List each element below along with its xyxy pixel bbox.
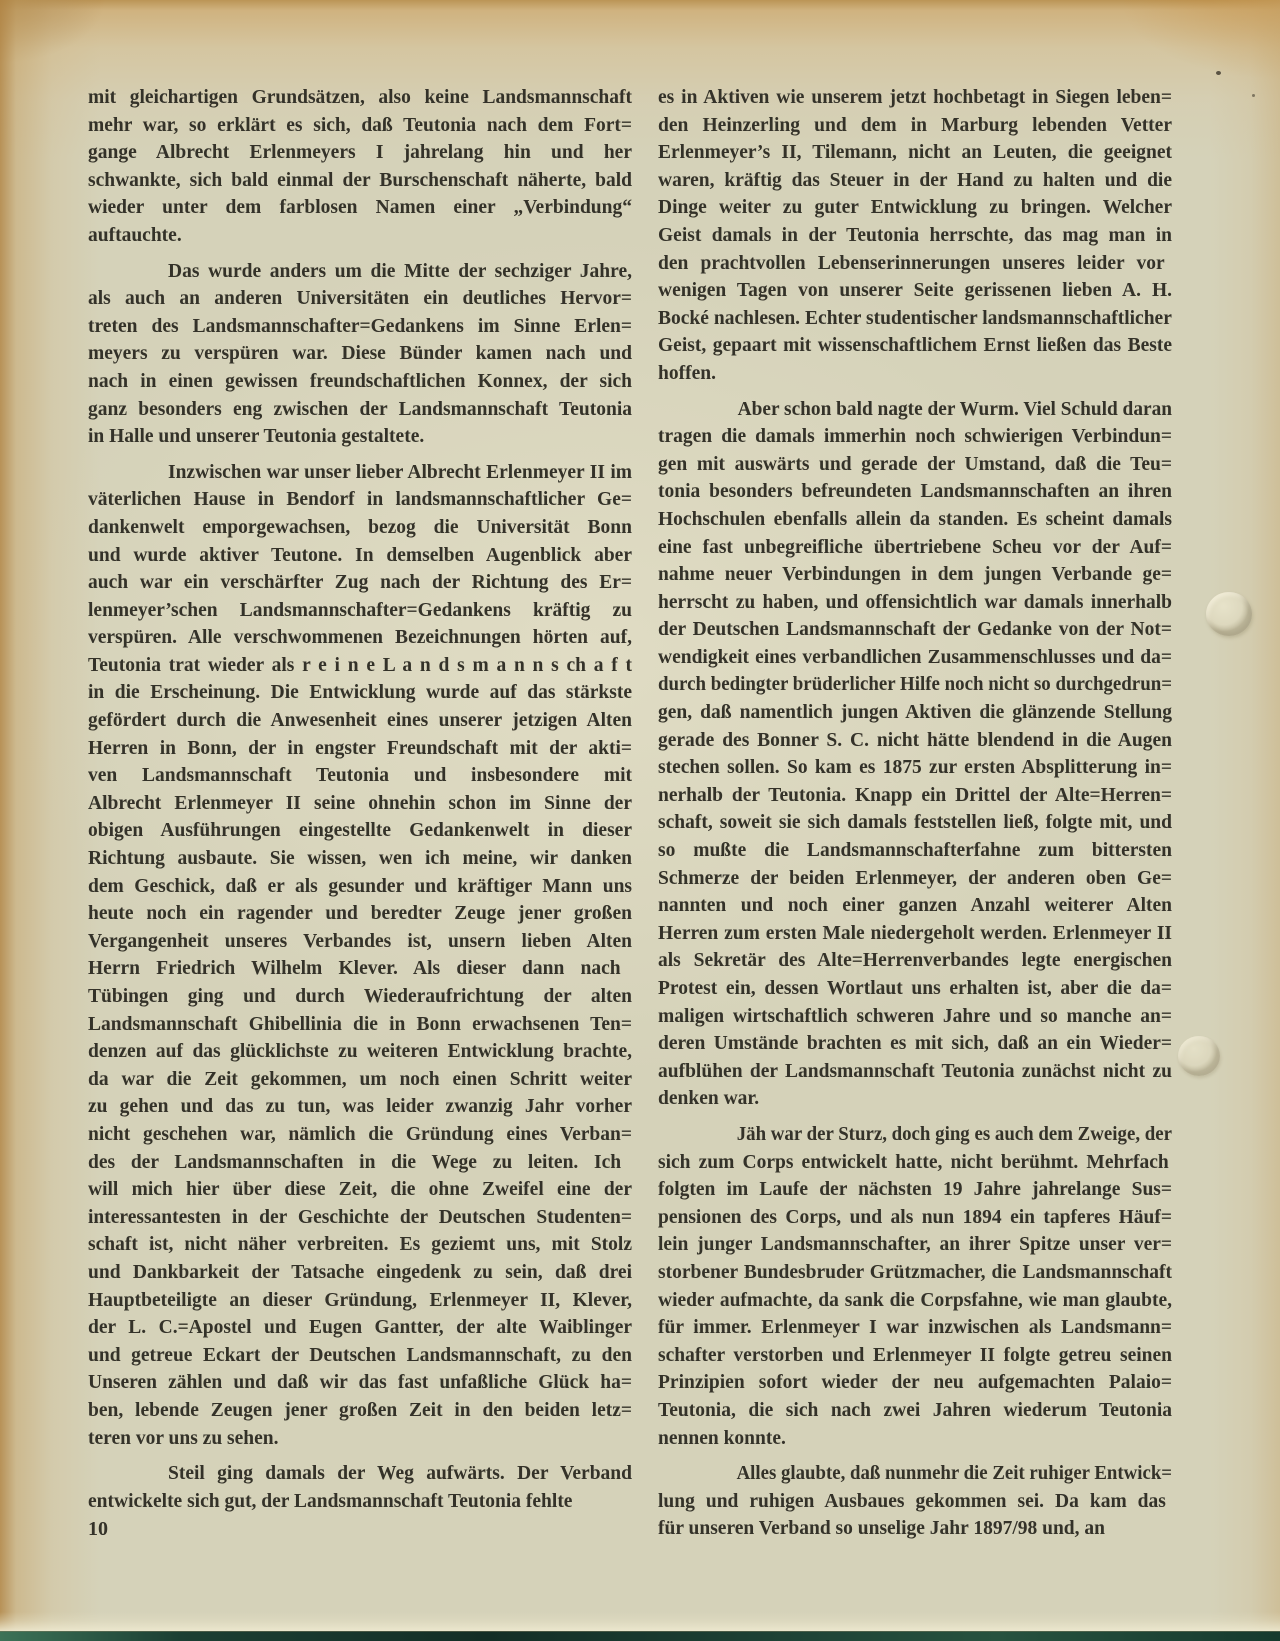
text-line: als Sekretär des Alte=Herrenverbandes le… <box>658 947 1172 975</box>
text-line: nannten und noch einer ganzen Anzahl wei… <box>658 892 1172 920</box>
page-number: 10 <box>88 1518 108 1541</box>
text-column-left: mit gleichartigen Grundsätzen, also kein… <box>88 84 632 1523</box>
text-line: Jäh war der Sturz, doch ging es auch dem… <box>658 1121 1172 1149</box>
text-line: Hochschulen ebenfalls allein da standen.… <box>658 506 1172 534</box>
text-line: denken war. <box>658 1085 1172 1113</box>
text-line: nahme neuer Verbindungen in dem jungen V… <box>658 561 1172 589</box>
text-line: der L. C.=Apostel und Eugen Gantter, der… <box>88 1314 632 1342</box>
text-line: storbener Bundesbruder Grützmacher, die … <box>658 1259 1172 1287</box>
paragraph: Jäh war der Sturz, doch ging es auch dem… <box>658 1121 1172 1452</box>
text-line: väterlichen Hause in Bendorf in landsman… <box>88 486 632 514</box>
text-line: pensionen des Corps, und als nun 1894 ei… <box>658 1204 1172 1232</box>
text-line: schwankte, sich bald einmal der Burschen… <box>88 167 632 195</box>
emboss-mark <box>1178 1036 1220 1076</box>
text-line: so mußte die Landsmannschafterfahne zum … <box>658 837 1172 865</box>
text-line: Das wurde anders um die Mitte der sechzi… <box>88 258 632 286</box>
text-line: Inzwischen war unser lieber Albrecht Erl… <box>88 459 632 487</box>
text-line: ben, lebende Zeugen jener großen Zeit in… <box>88 1397 632 1425</box>
text-line: tragen die damals immerhin noch schwieri… <box>658 423 1172 451</box>
text-line: durch bedingter brüderlicher Hilfe noch … <box>658 671 1172 699</box>
text-line: den Heinzerling und dem in Marburg leben… <box>658 112 1172 140</box>
page-edge-left <box>0 0 100 1641</box>
text-line: interessantesten in der Geschichte der D… <box>88 1204 632 1232</box>
text-line: waren, kräftig das Steuer in der Hand zu… <box>658 167 1172 195</box>
text-line: in die Erscheinung. Die Entwicklung wurd… <box>88 679 632 707</box>
text-line: Teutonia, die sich nach zwei Jahren wied… <box>658 1397 1172 1425</box>
text-line: und wurde aktiver Teutone. In demselben … <box>88 542 632 570</box>
text-line: gange Albrecht Erlenmeyers I jahrelang h… <box>88 139 632 167</box>
text-line: Schmerze der beiden Erlenmeyer, der ande… <box>658 865 1172 893</box>
emboss-mark <box>1206 592 1252 636</box>
text-line: Prinzipien sofort wieder der neu aufgema… <box>658 1369 1172 1397</box>
text-line: entwickelte sich gut, der Landsmannschaf… <box>88 1488 632 1516</box>
text-line: hoffen. <box>658 360 1172 388</box>
paragraph: Steil ging damals der Weg aufwärts. Der … <box>88 1460 632 1515</box>
text-line: und getreue Eckart der Deutschen Landsma… <box>88 1342 632 1370</box>
text-line: Albrecht Erlenmeyer II seine ohnehin sch… <box>88 790 632 818</box>
page-edge-bottom-highlight <box>0 1612 1280 1632</box>
text-line: schafter verstorben und Erlenmeyer II fo… <box>658 1342 1172 1370</box>
text-line: Bocké nachlesen. Echter studentischer la… <box>658 305 1172 333</box>
text-line: will mich hier über diese Zeit, die ohne… <box>88 1176 632 1204</box>
text-line: Herrn Friedrich Wilhelm Klever. Als dies… <box>88 955 632 983</box>
text-line: nerhalb der Teutonia. Knapp ein Drittel … <box>658 782 1172 810</box>
text-line: gerade des Bonner S. C. nicht hätte blen… <box>658 727 1172 755</box>
text-line: Aber schon bald nagte der Wurm. Viel Sch… <box>658 396 1172 424</box>
text-line: in Halle und unserer Teutonia gestaltete… <box>88 423 632 451</box>
text-line: Dinge weiter zu guter Entwicklung zu bri… <box>658 194 1172 222</box>
text-line: lung und ruhigen Ausbaues gekommen sei. … <box>658 1488 1172 1516</box>
text-line: treten des Landsmannschafter=Gedankens i… <box>88 313 632 341</box>
text-line: Herren in Bonn, der in engster Freundsch… <box>88 735 632 763</box>
text-line: folgten im Laufe der nächsten 19 Jahre j… <box>658 1176 1172 1204</box>
text-line: nennen konnte. <box>658 1425 1172 1453</box>
paragraph: Aber schon bald nagte der Wurm. Viel Sch… <box>658 396 1172 1113</box>
text-line: obigen Ausführungen eingestellte Gedanke… <box>88 817 632 845</box>
text-line: und Dankbarkeit der Tatsache eingedenk z… <box>88 1259 632 1287</box>
text-line: teren vor uns zu sehen. <box>88 1425 632 1453</box>
text-line: Hauptbeteiligte an dieser Gründung, Erle… <box>88 1287 632 1315</box>
text-line: Vergangenheit unseres Verbandes ist, uns… <box>88 928 632 956</box>
paragraph: mit gleichartigen Grundsätzen, also kein… <box>88 84 632 250</box>
text-line: gefördert durch die Anwesenheit eines un… <box>88 707 632 735</box>
text-line: für unseren Verband so unselige Jahr 189… <box>658 1515 1172 1543</box>
text-column-right: es in Aktiven wie unserem jetzt hochbeta… <box>658 84 1172 1551</box>
text-line: ganz besonders eng zwischen der Landsman… <box>88 396 632 424</box>
paragraph: Alles glaubte, daß nunmehr die Zeit ruhi… <box>658 1460 1172 1543</box>
text-line: wieder aufmachte, da sank die Corpsfahne… <box>658 1287 1172 1315</box>
page-edge-right <box>1210 0 1280 1641</box>
paper-speck <box>1216 71 1221 75</box>
text-line: mehr war, so erklärt es sich, daß Teuton… <box>88 112 632 140</box>
text-line: auch war ein verschärfter Zug nach der R… <box>88 569 632 597</box>
text-line: maligen wirtschaftlich schweren Jahre un… <box>658 1003 1172 1031</box>
text-line: Geist, gepaart mit wissenschaftlichem Er… <box>658 332 1172 360</box>
text-line: aufblühen der Landsmannschaft Teutonia z… <box>658 1058 1172 1086</box>
text-line: herrscht zu haben, und offensichtlich wa… <box>658 589 1172 617</box>
text-line: der Deutschen Landsmannschaft der Gedank… <box>658 616 1172 644</box>
text-line: Landsmannschaft Ghibellinia die in Bonn … <box>88 1011 632 1039</box>
text-line: da war die Zeit gekommen, um noch einen … <box>88 1066 632 1094</box>
text-line: auftauchte. <box>88 222 632 250</box>
text-line: lenmeyer’schen Landsmannschafter=Gedanke… <box>88 597 632 625</box>
text-line: für immer. Erlenmeyer I war inzwischen a… <box>658 1314 1172 1342</box>
text-line: dankenwelt emporgewachsen, bezog die Uni… <box>88 514 632 542</box>
text-line: Richtung ausbaute. Sie wissen, wen ich m… <box>88 845 632 873</box>
text-line: es in Aktiven wie unserem jetzt hochbeta… <box>658 84 1172 112</box>
text-line: Teutonia trat wieder als r e i n e L a n… <box>88 652 632 680</box>
text-line: Steil ging damals der Weg aufwärts. Der … <box>88 1460 632 1488</box>
text-line: nicht geschehen war, nämlich die Gründun… <box>88 1121 632 1149</box>
text-line: verspüren. Alle verschwommenen Bezeichnu… <box>88 624 632 652</box>
text-line: Erlenmeyer’s II, Tilemann, nicht an Leut… <box>658 139 1172 167</box>
text-line: Unseren zählen und daß wir das fast unfa… <box>88 1369 632 1397</box>
text-line: stechen sollen. So kam es 1875 zur erste… <box>658 754 1172 782</box>
text-line: Protest ein, dessen Wortlaut uns erhalte… <box>658 975 1172 1003</box>
text-line: Herren zum ersten Male niedergeholt werd… <box>658 920 1172 948</box>
text-line: ven Landsmannschaft Teutonia und insbeso… <box>88 762 632 790</box>
text-line: Geist damals in der Teutonia herrschte, … <box>658 222 1172 250</box>
text-line: als auch an anderen Universitäten ein de… <box>88 285 632 313</box>
text-line: sich zum Corps entwickelt hatte, nicht b… <box>658 1149 1172 1177</box>
text-line: wieder unter dem farblosen Namen einer „… <box>88 194 632 222</box>
text-line: meyers zu verspüren war. Diese Bünder ka… <box>88 340 632 368</box>
text-line: schaft ist, nicht näher verbreiten. Es g… <box>88 1231 632 1259</box>
paper-speck <box>1252 94 1255 97</box>
text-line: nach in einen gewissen freundschaftliche… <box>88 368 632 396</box>
book-page: mit gleichartigen Grundsätzen, also kein… <box>0 0 1280 1641</box>
text-line: Tübingen ging und durch Wiederaufrichtun… <box>88 983 632 1011</box>
book-bottom-edge <box>0 1631 1280 1641</box>
paragraph: Inzwischen war unser lieber Albrecht Erl… <box>88 459 632 1452</box>
text-line: Alles glaubte, daß nunmehr die Zeit ruhi… <box>658 1460 1172 1488</box>
text-line: mit gleichartigen Grundsätzen, also kein… <box>88 84 632 112</box>
text-line: wendigkeit eines verbandlichen Zusammens… <box>658 644 1172 672</box>
paragraph: es in Aktiven wie unserem jetzt hochbeta… <box>658 84 1172 388</box>
text-line: gen, daß namentlich jungen Aktiven die g… <box>658 699 1172 727</box>
text-line: heute noch ein ragender und beredter Zeu… <box>88 900 632 928</box>
text-line: gen mit auswärts und gerade der Umstand,… <box>658 451 1172 479</box>
text-line: denzen auf das glücklichste zu weiteren … <box>88 1038 632 1066</box>
text-line: dem Geschick, daß er als gesunder und kr… <box>88 873 632 901</box>
text-line: lein junger Landsmannschafter, an ihrer … <box>658 1231 1172 1259</box>
text-line: des der Landsmannschaften in die Wege zu… <box>88 1149 632 1177</box>
text-line: eine fast unbegreifliche übertriebene Sc… <box>658 534 1172 562</box>
paragraph: Das wurde anders um die Mitte der sechzi… <box>88 258 632 451</box>
text-line: den prachtvollen Lebenserinnerungen unse… <box>658 250 1172 278</box>
text-line: zu gehen und das zu tun, was leider zwan… <box>88 1093 632 1121</box>
text-line: tonia besonders befreundeten Landsmannsc… <box>658 478 1172 506</box>
text-line: wenigen Tagen von unserer Seite gerissen… <box>658 277 1172 305</box>
text-line: deren Umstände brachten es mit sich, daß… <box>658 1030 1172 1058</box>
text-line: schaft, soweit sie sich damals feststell… <box>658 809 1172 837</box>
